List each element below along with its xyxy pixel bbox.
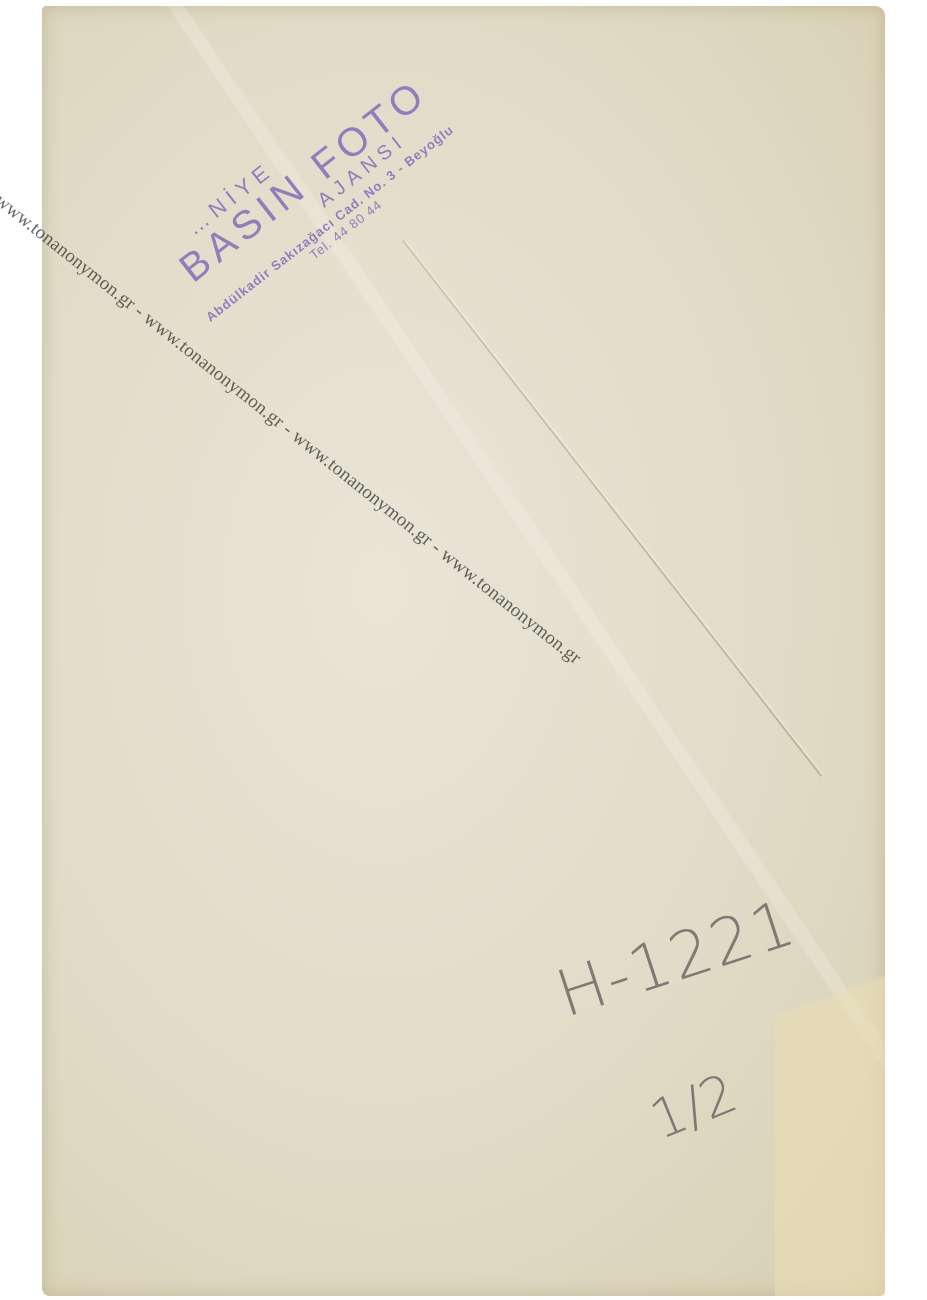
agency-stamp: …NİYE BASIN FOTO AJANSI Abdülkadir Sakız…: [120, 95, 450, 415]
paper-fold-crease: [402, 240, 822, 777]
